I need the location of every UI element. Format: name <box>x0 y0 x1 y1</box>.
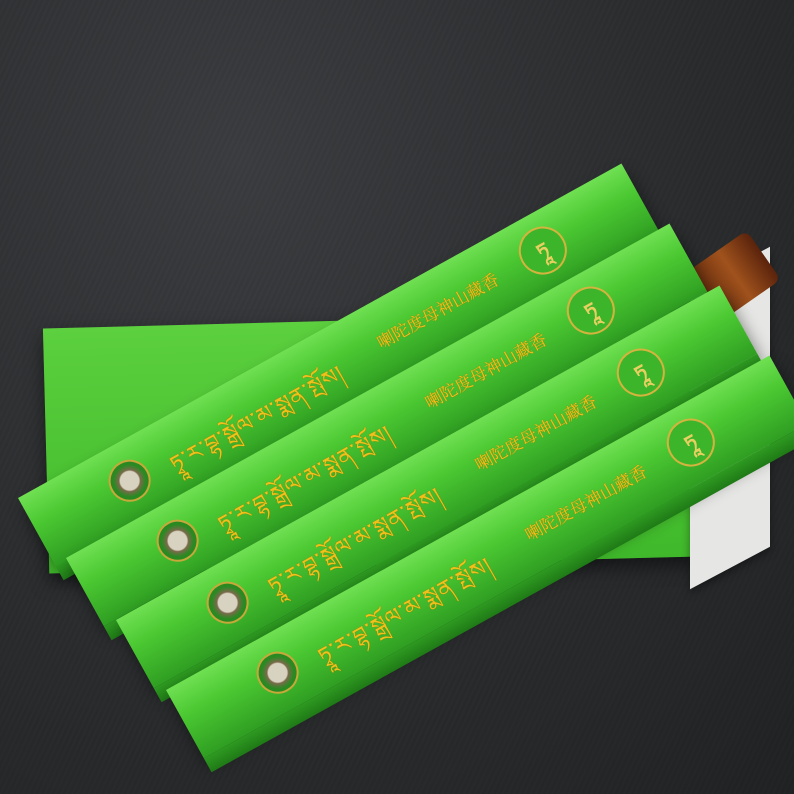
seal-icon <box>199 574 256 631</box>
logo-icon: ཏཱ <box>558 278 623 343</box>
logo-icon: ཏཱ <box>510 218 575 283</box>
seal-icon <box>101 452 158 509</box>
logo-icon: ཏཱ <box>658 410 723 475</box>
seal-icon <box>249 644 306 701</box>
logo-icon: ཏཱ <box>608 340 673 405</box>
seal-icon <box>149 512 206 569</box>
